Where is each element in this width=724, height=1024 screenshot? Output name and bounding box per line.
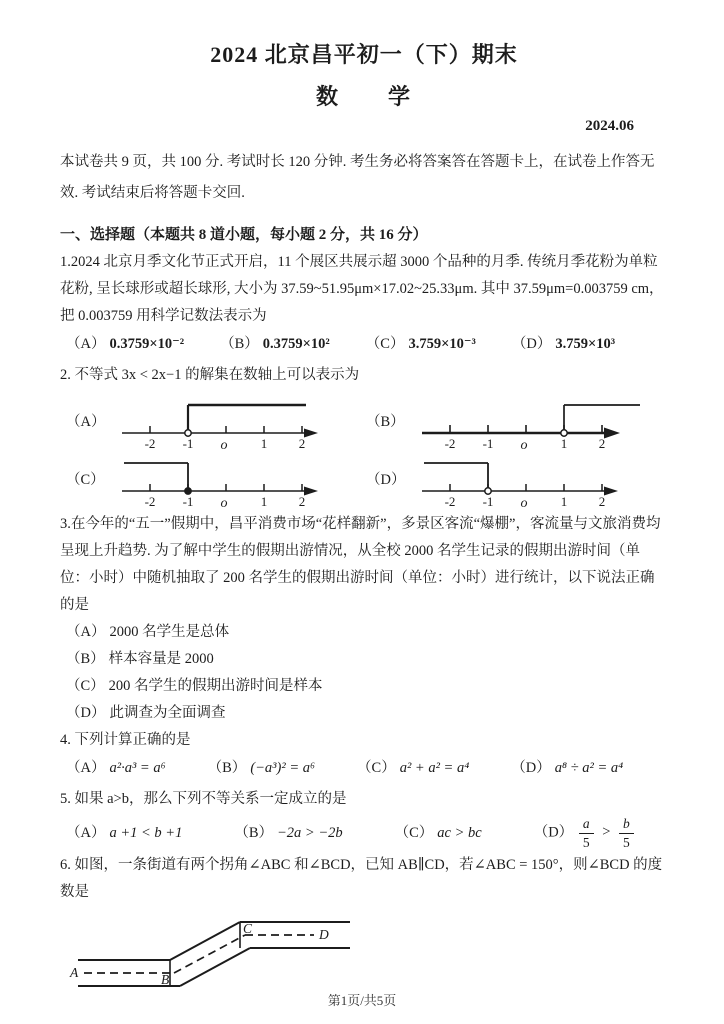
question-4: 4. 下列计算正确的是 （A）a²·a³ = a⁶ （B）(−a³)² = a⁶… (60, 727, 668, 782)
option-label: （C） (395, 825, 434, 841)
option-label: （B） (220, 336, 259, 352)
option-label: （A） (66, 409, 108, 436)
question-4-text: 4. 下列计算正确的是 (60, 727, 668, 754)
numberline-option-d: （D） -2 -1 o 1 2 (366, 451, 666, 509)
origin-label: o (521, 438, 528, 451)
option-value: ac > bc (437, 825, 481, 841)
question-1: 1.2024 北京月季文化节正式开启，11 个展区共展示超 3000 个品种的月… (60, 249, 668, 358)
option-label: （C） (366, 336, 405, 352)
exam-instructions: 本试卷共 9 页，共 100 分. 考试时长 120 分钟. 考生务必将答案答在… (60, 147, 668, 209)
relation-operator: > (602, 824, 610, 840)
option-value: 0.3759×10² (263, 336, 330, 352)
tick-label: -1 (183, 494, 194, 509)
tick-label: 2 (599, 494, 606, 509)
tick-label: -2 (145, 494, 156, 509)
option-d: （D）3.759×10³ (512, 331, 615, 358)
option-value: 样本容量是 2000 (109, 651, 214, 667)
subam-subject-title: 数 学 (60, 82, 668, 112)
fraction-numerator: b (619, 816, 634, 834)
option-label: （A） (66, 825, 105, 841)
question-3-options: （A）2000 名学生是总体 （B）样本容量是 2000 （C）200 名学生的… (66, 619, 668, 727)
fraction: b5 (619, 816, 634, 850)
tick-label: 2 (599, 436, 606, 451)
question-1-options: （A）0.3759×10⁻² （B）0.3759×10² （C）3.759×10… (66, 331, 668, 358)
option-label: （D） (512, 336, 551, 352)
tick-label: -1 (483, 494, 494, 509)
option-d: （D） a5 > b5 (534, 816, 636, 850)
tick-label: -2 (445, 494, 456, 509)
option-label: （D） (511, 760, 550, 776)
tick-label: -2 (445, 436, 456, 451)
option-value: 200 名学生的假期出游时间是样本 (109, 678, 323, 694)
question-2: 2. 不等式 3x < 2x−1 的解集在数轴上可以表示为 （A） -2 (60, 362, 668, 509)
tick-label: -2 (145, 436, 156, 451)
numberline-figure-d: -2 -1 o 1 2 (408, 451, 642, 509)
tick-label: -1 (483, 436, 494, 451)
option-label: （B） (366, 409, 408, 436)
option-label: （D） (534, 824, 573, 840)
option-label: （B） (234, 825, 273, 841)
option-label: （C） (66, 467, 108, 494)
fraction-denominator: 5 (583, 834, 590, 851)
question-5: 5. 如果 a>b，那么下列不等关系一定成立的是 （A）a +1 < b +1 … (60, 786, 668, 850)
tick-label: -1 (183, 436, 194, 451)
page-footer: 第1页/共5页 (0, 987, 724, 1014)
question-1-text: 1.2024 北京月季文化节正式开启，11 个展区共展示超 3000 个品种的月… (60, 249, 668, 330)
figure-label-d: D (318, 927, 329, 942)
origin-label: o (221, 438, 228, 451)
question-4-options: （A）a²·a³ = a⁶ （B）(−a³)² = a⁶ （C）a² + a² … (66, 755, 668, 782)
option-c: （C）200 名学生的假期出游时间是样本 (66, 673, 668, 700)
option-value: a² + a² = a⁴ (400, 760, 470, 776)
question-5-text: 5. 如果 a>b，那么下列不等关系一定成立的是 (60, 786, 668, 813)
numberline-figure-c: -2 -1 o 1 2 (108, 451, 342, 509)
figure-label-a: A (69, 965, 79, 980)
tick-label: 1 (561, 494, 568, 509)
option-value: −2a > −2b (277, 825, 343, 841)
numberline-figure-b: -2 -1 o 1 2 (408, 393, 642, 451)
option-value: 3.759×10⁻³ (408, 336, 475, 352)
option-label: （B） (66, 651, 105, 667)
option-label: （A） (66, 336, 105, 352)
option-value: 3.759×10³ (555, 336, 615, 352)
numberline-option-c: （C） -2 -1 o 1 2 (66, 451, 366, 509)
numberline-option-b: （B） -2 -1 o 1 2 (366, 393, 666, 451)
figure-label-c: C (243, 921, 253, 936)
option-b: （B）(−a³)² = a⁶ (208, 755, 315, 782)
option-value: a +1 < b +1 (109, 825, 182, 841)
option-d: （D）此调查为全面调查 (66, 700, 668, 727)
option-label: （B） (208, 760, 247, 776)
tick-label: 1 (561, 436, 568, 451)
option-a: （A）a +1 < b +1 (66, 820, 182, 847)
question-2-text: 2. 不等式 3x < 2x−1 的解集在数轴上可以表示为 (60, 362, 668, 389)
question-3: 3.在今年的“五一”假期中，昌平消费市场“花样翻新”，多景区客流“爆棚”，客流量… (60, 511, 668, 727)
option-label: （A） (66, 624, 105, 640)
tick-label: 2 (299, 436, 306, 451)
tick-label: 1 (261, 494, 268, 509)
option-d: （D）a⁸ ÷ a² = a⁴ (511, 755, 623, 782)
fraction: a5 (579, 816, 594, 850)
option-b: （B）样本容量是 2000 (66, 646, 668, 673)
option-value: 此调查为全面调查 (109, 705, 225, 721)
tick-label: 1 (261, 436, 268, 451)
option-value: a⁸ ÷ a² = a⁴ (555, 760, 623, 776)
option-a: （A）a²·a³ = a⁶ (66, 755, 166, 782)
option-value: 2000 名学生是总体 (109, 624, 229, 640)
question-6-text: 6. 如图，一条街道有两个拐角∠ABC 和∠BCD，已知 AB∥CD，若∠ABC… (60, 852, 668, 906)
tick-label: 2 (299, 494, 306, 509)
page-title: 2024 北京昌平初一（下）期末 (60, 40, 668, 70)
figure-label-b: B (161, 972, 169, 987)
exam-page: 2024 北京昌平初一（下）期末 数 学 2024.06 本试卷共 9 页，共 … (0, 0, 724, 1024)
origin-label: o (521, 496, 528, 509)
option-value: (−a³)² = a⁶ (250, 760, 315, 776)
option-label: （D） (66, 705, 105, 721)
option-label: （C） (66, 678, 105, 694)
question-3-text: 3.在今年的“五一”假期中，昌平消费市场“花样翻新”，多景区客流“爆棚”，客流量… (60, 511, 668, 619)
option-b: （B）−2a > −2b (234, 820, 342, 847)
exam-date: 2024.06 (60, 116, 668, 136)
option-c: （C）a² + a² = a⁴ (357, 755, 469, 782)
option-label: （A） (66, 760, 105, 776)
numberline-figure-a: -2 -1 o 1 2 (108, 393, 342, 451)
option-label: （D） (366, 467, 408, 494)
option-label: （C） (357, 760, 396, 776)
fraction-numerator: a (579, 816, 594, 834)
numberline-option-a: （A） -2 -1 o 1 2 (66, 393, 366, 451)
option-c: （C）3.759×10⁻³ (366, 331, 476, 358)
fraction-denominator: 5 (623, 834, 630, 851)
section-heading: 一、选择题（本题共 8 道小题，每小题 2 分，共 16 分） (60, 222, 668, 248)
origin-label: o (221, 496, 228, 509)
option-c: （C）ac > bc (395, 820, 482, 847)
option-a: （A）2000 名学生是总体 (66, 619, 668, 646)
option-a: （A）0.3759×10⁻² (66, 331, 184, 358)
question-5-options: （A）a +1 < b +1 （B）−2a > −2b （C）ac > bc （… (66, 816, 668, 850)
option-b: （B）0.3759×10² (220, 331, 330, 358)
option-value: a²·a³ = a⁶ (109, 760, 165, 776)
option-value: 0.3759×10⁻² (109, 336, 184, 352)
question-2-options: （A） -2 -1 o 1 2 (66, 393, 668, 509)
